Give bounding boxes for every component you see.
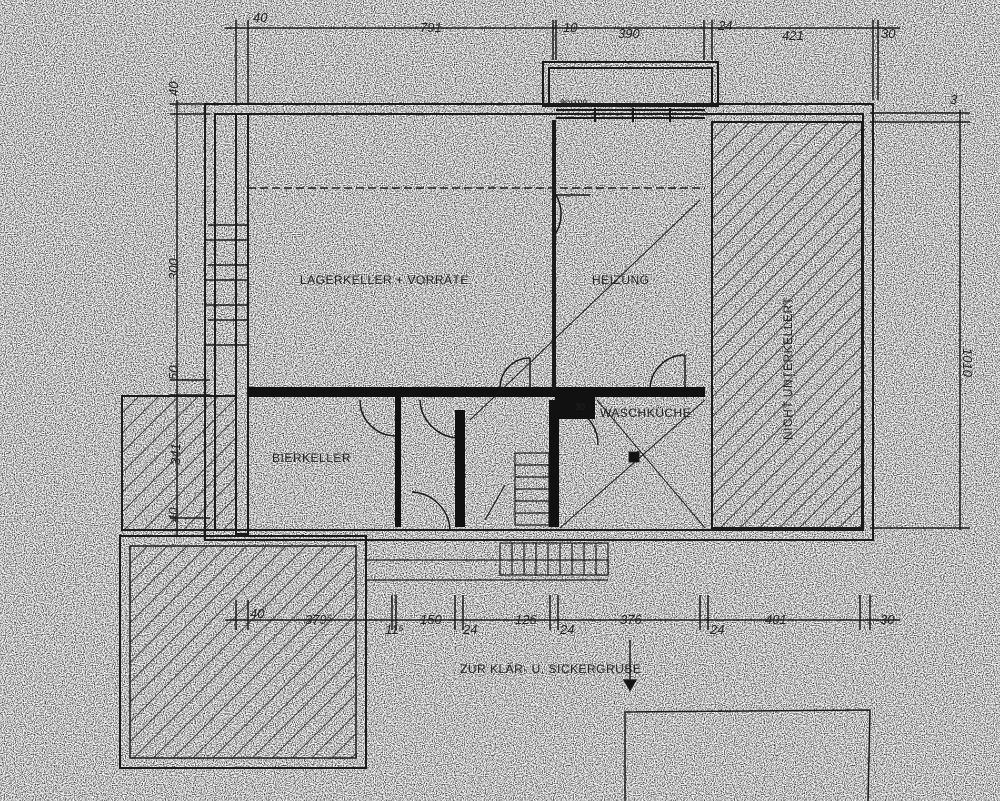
dim-bottom-10: 30	[880, 612, 895, 627]
dim-top-6: 30	[881, 26, 896, 41]
dim-bottom-1: 379⁵	[305, 612, 333, 627]
dim-top-0: 40	[253, 10, 268, 25]
dim-top-3: 390	[618, 26, 640, 41]
dim-bottom-4: 24	[462, 622, 477, 637]
room-label-beer-cellar: BIERKELLER	[272, 451, 351, 465]
note-septic-pit: ZUR KLÄR- U. SICKERGRUBE	[460, 662, 641, 676]
room-label-not-basement: NICHT UNTERKELLERT	[781, 297, 795, 440]
dim-left-2: 50	[166, 365, 181, 380]
dim-left-3: 341	[168, 443, 183, 465]
dim-bottom-6: 24	[559, 622, 574, 637]
room-label-laundry: WASCHKÜCHE	[600, 406, 691, 420]
dim-bottom-2: 11⁵	[385, 622, 404, 637]
window-size-label: 80/100	[560, 98, 588, 108]
room-label-storage: LAGERKELLER + VORRÄTE	[300, 273, 469, 287]
dim-left-1: 300	[166, 258, 181, 280]
dim-top-5: 421	[782, 28, 804, 43]
dim-bottom-9: 401	[765, 612, 787, 627]
floor-plan-drawing: LAGERKELLER + VORRÄTE HEIZUNG WASCHKÜCHE…	[0, 0, 1000, 801]
hatched-area-bottom	[130, 546, 356, 758]
dim-bottom-7: 376	[620, 612, 642, 627]
room-label-heating: HEIZUNG	[592, 273, 650, 287]
wall-stair	[549, 400, 559, 527]
dim-bottom-0: 40	[250, 606, 265, 621]
dim-top-1: 791	[420, 20, 442, 35]
dim-bottom-3: 150	[420, 612, 442, 627]
dim-left-0: 40	[166, 81, 181, 96]
dim-left-4: 40	[166, 507, 181, 522]
wall-bierkeller	[395, 397, 401, 527]
dim-right-0: 3	[950, 92, 958, 107]
interior-bearing-wall	[248, 387, 705, 397]
dim-bottom-8: 24	[709, 622, 724, 637]
wall-hallway	[455, 410, 465, 527]
stair-label: 30	[575, 402, 585, 412]
dim-top-2: 10	[563, 20, 578, 35]
dim-bottom-5: 126	[515, 612, 537, 627]
dim-top-4: 24	[717, 18, 732, 33]
dim-right-1: 1010	[960, 348, 975, 378]
